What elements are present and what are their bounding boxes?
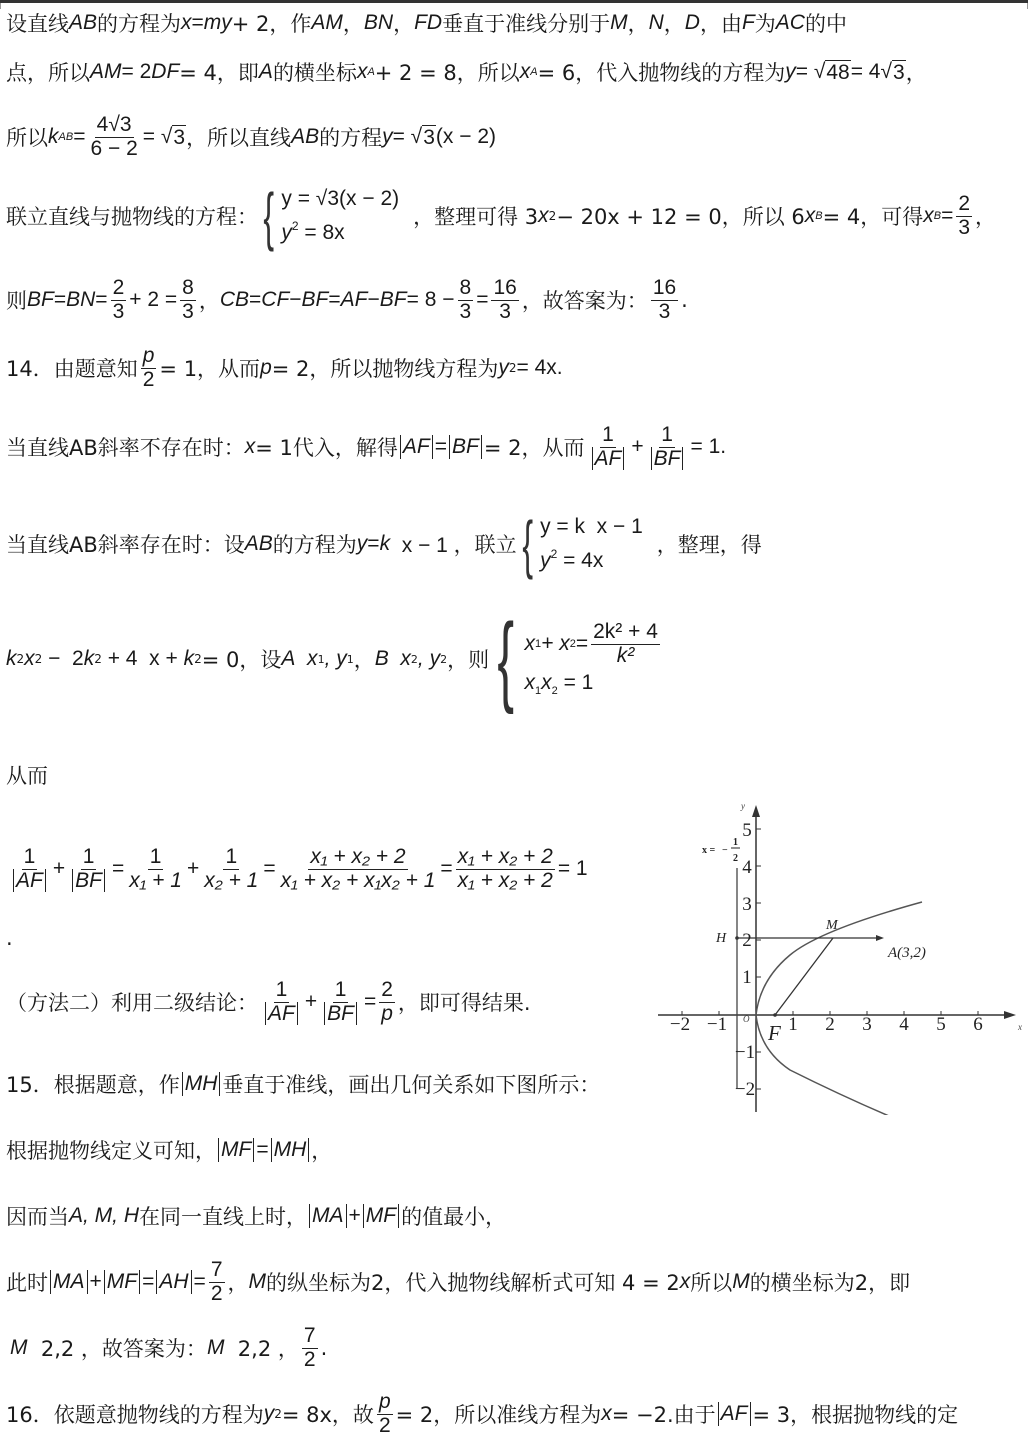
text-line-14-problem-15: 15．根据题意，作MH垂直于准线，画出几何关系如下图所示：: [6, 1068, 600, 1100]
math: x: [520, 60, 531, 84]
numerator: 16: [651, 277, 678, 300]
abs-value: BF: [72, 869, 105, 892]
answer-fraction: 163: [651, 277, 678, 322]
text: = 2，所以准线方程为: [396, 1399, 602, 1429]
text-line-5: 则 BF = BN = 23 + 2 = 83 ，CB = CF − BF = …: [6, 272, 688, 328]
left-brace: {: [522, 512, 533, 576]
equation-system: { y = √3(x − 2) y2 = 8x: [258, 184, 399, 248]
text: 的方程为: [273, 529, 357, 559]
text: ，由: [700, 8, 742, 38]
math: k: [84, 647, 95, 671]
text: = −2.由于: [612, 1399, 716, 1429]
page-corner-right: [1023, 3, 1028, 9]
superscript: 2: [17, 652, 25, 666]
text: 当直线AB斜率不存在时：: [6, 432, 245, 462]
fraction: 1AF: [261, 979, 302, 1024]
text: ，: [393, 8, 414, 38]
fraction: 1BF: [647, 424, 688, 469]
x-tick-label: 1: [788, 1014, 798, 1035]
superscript: 2: [94, 652, 102, 666]
fraction: 1x₂ + 1: [202, 846, 260, 891]
abs-value: MA: [50, 1270, 88, 1294]
fraction: x₁ + x₂ + 2x₁ + x₂ + x₁x₂ + 1: [279, 846, 438, 891]
math: =: [941, 204, 953, 228]
math: M: [610, 11, 628, 35]
fraction: 1BF: [320, 979, 361, 1024]
text: 2,2 ，故答案为：: [28, 1333, 207, 1363]
math: =: [263, 857, 275, 881]
subscript: AB: [59, 131, 74, 143]
math: x: [601, 1402, 612, 1426]
parabola-curve: [756, 902, 922, 1115]
math: k: [184, 647, 195, 671]
fraction: 72: [209, 1259, 225, 1304]
math: = 8 −: [407, 288, 455, 312]
text: = 2，所以抛物线方程为: [272, 353, 499, 383]
math: A, M, H: [69, 1204, 139, 1228]
abs-value: MH: [271, 1138, 310, 1162]
left-brace: {: [263, 184, 274, 248]
y-tick-label: 3: [742, 894, 752, 915]
math: =: [256, 1138, 268, 1162]
radicand: 3: [892, 60, 906, 85]
text: ，: [354, 644, 375, 674]
y-tick-label: 2: [742, 930, 752, 951]
text: = 6，代入抛物线的方程为: [538, 57, 786, 87]
text: ，: [311, 1135, 332, 1165]
fraction: 1AF: [9, 846, 50, 891]
text: ，: [343, 8, 364, 38]
numerator: 1: [274, 979, 290, 1002]
denominator: x₁ + x₂ + 2: [456, 870, 555, 892]
point-M-label: M: [825, 918, 839, 933]
math: +: [53, 857, 65, 881]
directrix-label: 1: [733, 837, 738, 848]
math: D: [685, 11, 700, 35]
text: .: [321, 1336, 328, 1360]
y-tick-label: −2: [735, 1079, 755, 1100]
fraction: 83: [180, 277, 196, 322]
math: = 4√: [851, 60, 892, 84]
text: ，: [628, 8, 649, 38]
math: M: [249, 1270, 267, 1294]
text: 的横坐标为2，即: [750, 1267, 910, 1297]
abs-value: AF: [400, 435, 433, 459]
math: + 4 x +: [102, 647, 184, 671]
fraction: 83: [458, 277, 474, 322]
math: F: [742, 11, 755, 35]
subscript: 1: [318, 653, 325, 666]
math: x: [357, 60, 368, 84]
point-F-marker: [773, 1013, 777, 1017]
text: 所以: [690, 1267, 732, 1297]
text: ，故答案为：: [522, 285, 648, 315]
math: =: [367, 532, 379, 556]
fraction: 1BF: [68, 846, 109, 891]
denominator: k²: [615, 645, 637, 667]
text-line-1: 设直线 AB 的方程为 x = my + 2，作 AM，BN，FD 垂直于准线分…: [6, 8, 847, 38]
x-tick-label: 6: [973, 1014, 983, 1035]
numerator: 8: [180, 277, 196, 300]
fraction: x₁ + x₂ + 2x₁ + x₂ + 2: [456, 846, 555, 891]
math: p: [260, 356, 272, 380]
radicand: 3: [422, 125, 436, 150]
text-line-9: k2x2 − 2k2 + 4 x + k2 = 0，设 A x1, y1 ，B …: [6, 604, 663, 714]
abs-value: BF: [449, 435, 482, 459]
math: x: [295, 647, 317, 671]
text: 点，所以: [6, 57, 90, 87]
fraction: 163: [491, 277, 518, 322]
equation-system: { y = k x − 1 y2 = 4x: [517, 512, 643, 576]
directrix-label: x =: [702, 845, 716, 856]
math: AB: [69, 11, 97, 35]
text: ，整理可得 3: [413, 201, 538, 231]
math: =: [95, 288, 107, 312]
radicand: 3: [172, 125, 186, 150]
arrow-icon: [876, 935, 884, 941]
math: y: [281, 221, 292, 244]
abs-value: BF: [324, 1002, 357, 1025]
math: k: [380, 532, 391, 556]
denominator: 2: [377, 1415, 393, 1437]
math: =: [112, 857, 124, 881]
math: =: [476, 288, 488, 312]
numerator: 1: [659, 424, 675, 447]
subscript: 2: [440, 653, 447, 666]
text: 根据抛物线定义可知，: [6, 1135, 216, 1165]
subscript: A: [367, 66, 374, 78]
math: −: [368, 288, 380, 312]
system-row: y2 = 8x: [281, 219, 399, 245]
text-line-16: 因而当 A, M, H 在同一直线上时，MA + MF的值最小，: [6, 1200, 506, 1232]
denominator: x₁ + 1: [127, 870, 184, 892]
denominator: x₂ + 1: [202, 870, 260, 892]
text: 的值最小，: [401, 1201, 506, 1231]
x-axis-label: x: [1017, 1022, 1022, 1032]
text-line-10: 从而: [6, 760, 48, 790]
text-line-13: （方法二）利用二级结论： 1AF + 1BF = 2p ，即可得结果.: [6, 970, 531, 1034]
text: .: [681, 288, 688, 312]
math: +: [187, 857, 199, 881]
denominator: 2: [141, 369, 157, 391]
y-tick-label: 1: [742, 967, 752, 988]
denominator: 3: [111, 301, 127, 323]
text: = 2，从而: [484, 432, 585, 462]
system-row: y = k x − 1: [540, 515, 643, 539]
math: = 1: [558, 857, 588, 881]
text: 的横坐标: [273, 57, 357, 87]
math: AF: [341, 288, 368, 312]
math: = 8x: [299, 221, 345, 244]
text: = 4，可得: [823, 201, 924, 231]
text: .: [6, 926, 13, 950]
x-tick-label: −2: [670, 1014, 690, 1035]
text-line-8: 当直线AB斜率存在时：设 AB 的方程为 y = k x − 1 ，联立 { y…: [6, 508, 762, 580]
text: 2,2 ，: [224, 1333, 298, 1363]
math: y: [540, 549, 551, 572]
abs-value: MA: [309, 1204, 347, 1228]
superscript: 2: [509, 361, 517, 375]
text: − 20x + 12 = 0，所以 6: [556, 201, 804, 231]
denominator: 3: [497, 301, 513, 323]
x-tick-label: 3: [862, 1014, 872, 1035]
fraction: 23: [956, 193, 972, 238]
math: = √: [796, 60, 826, 84]
abs-value: AF: [13, 869, 46, 892]
text-line-7: 当直线AB斜率不存在时：x = 1代入，解得AF = BF = 2，从而 1AF…: [6, 416, 726, 478]
math: M: [10, 1336, 28, 1360]
fraction: p2: [377, 1391, 393, 1436]
text: = 8x，故: [282, 1399, 374, 1429]
math: AC: [776, 11, 805, 35]
directrix-label: 2: [733, 853, 738, 864]
subscript: 2: [411, 653, 418, 666]
abs-value: AF: [592, 447, 625, 470]
numerator: 1: [22, 846, 38, 869]
math: y: [785, 60, 796, 84]
numerator: 1: [333, 979, 349, 1002]
math: =: [328, 288, 340, 312]
math: x: [181, 11, 192, 35]
math: = 4x: [557, 549, 603, 572]
abs-value: MF: [218, 1138, 254, 1162]
numerator: 2k² + 4: [591, 621, 660, 644]
numerator: 1: [81, 846, 97, 869]
text: 垂直于准线分别于: [442, 8, 610, 38]
math: =: [435, 435, 447, 459]
system-row: x1x2 = 1: [525, 671, 663, 697]
denominator: 3: [657, 301, 673, 323]
math: M: [207, 1336, 225, 1360]
text: 当直线AB斜率存在时：设: [6, 529, 245, 559]
numerator: 8: [458, 277, 474, 300]
math: y: [357, 532, 368, 556]
math: = √: [393, 125, 423, 149]
left-brace: {: [497, 609, 514, 709]
math: =: [73, 125, 85, 149]
fraction: 23: [111, 277, 127, 322]
text: 的方程: [319, 122, 382, 152]
math: k: [48, 125, 59, 149]
numerator: 2: [379, 979, 395, 1002]
abs-value: MF: [104, 1270, 140, 1294]
math: , y: [325, 647, 347, 671]
x-axis-arrow-icon: [1004, 1011, 1016, 1019]
text: ，整理，得: [657, 529, 762, 559]
math: A: [281, 647, 295, 671]
text-line-19-problem-16: 16．依题意抛物线的方程为 y2 = 8x，故 p2 = 2，所以准线方程为 x…: [6, 1386, 958, 1442]
denominator: 2: [209, 1283, 225, 1305]
math: x: [245, 435, 256, 459]
subscript: B: [815, 210, 822, 222]
math: +: [349, 1204, 361, 1228]
text: = 4，即: [179, 57, 259, 87]
math: k: [6, 647, 17, 671]
numerator: 16: [491, 277, 518, 300]
math: x: [541, 671, 552, 694]
point-A-label: A(3,2): [887, 945, 926, 961]
math: = √: [143, 125, 173, 149]
abs-value: AH: [156, 1270, 191, 1294]
abs-value: MH: [182, 1072, 221, 1096]
fraction: 1AF: [588, 424, 629, 469]
point-F-label: F: [767, 1021, 781, 1045]
text: 联立直线与抛物线的方程：: [6, 201, 258, 231]
numerator: 7: [209, 1259, 225, 1282]
math: , y: [418, 647, 440, 671]
text: ，则: [447, 644, 489, 674]
text: 垂直于准线，画出几何关系如下图所示：: [222, 1069, 600, 1099]
math: x: [680, 1270, 691, 1294]
text: 的方程为: [97, 8, 181, 38]
point-H-marker: [735, 936, 739, 940]
y-axis-label: y: [740, 801, 745, 811]
radicand: 48: [825, 60, 850, 85]
numerator: 7: [302, 1325, 318, 1348]
math: =: [192, 11, 204, 35]
text: ，即可得结果.: [398, 987, 531, 1017]
text-line-4: 联立直线与抛物线的方程： { y = √3(x − 2) y2 = 8x ，整理…: [6, 180, 996, 252]
math: x: [389, 647, 411, 671]
abs-value: MF: [363, 1204, 399, 1228]
math: y: [264, 1402, 275, 1426]
text: ，: [664, 8, 685, 38]
math: x: [525, 632, 536, 656]
math: x: [538, 204, 549, 228]
text: ，: [975, 201, 996, 231]
text-line-17: 此时MA + MF = AH = 72 ，M 的纵坐标为2，代入抛物线解析式可知…: [6, 1254, 910, 1310]
x-tick-label: −1: [707, 1014, 727, 1035]
math: CF: [261, 288, 289, 312]
math: + x: [541, 632, 570, 656]
text: 14．由题意知: [6, 353, 138, 383]
math: B: [375, 647, 389, 671]
y-axis-arrow-icon: [752, 805, 760, 817]
text: = 0，设: [202, 644, 282, 674]
text: 为: [755, 8, 776, 38]
text: = 1代入，解得: [255, 432, 398, 462]
math: +: [631, 435, 643, 459]
math: AM: [90, 60, 122, 84]
x-tick-label: 4: [899, 1014, 909, 1035]
system-row: y2 = 4x: [540, 547, 643, 573]
text: （方法二）利用二级结论：: [6, 987, 258, 1017]
text-line-2: 点，所以 AM = 2DF = 4，即 A 的横坐标 xA + 2 = 8，所以…: [6, 56, 927, 88]
text: + 2，作: [232, 8, 312, 38]
numerator: p: [141, 345, 157, 368]
system-row: x1 + x2 = 2k² + 4k²: [525, 621, 663, 666]
numerator: 2: [956, 193, 972, 216]
superscript: 2: [549, 209, 557, 223]
denominator: 3: [956, 217, 972, 239]
text: 的中: [805, 8, 847, 38]
y-tick-label: 5: [742, 820, 752, 841]
numerator: 1: [600, 424, 616, 447]
equation-system: { x1 + x2 = 2k² + 4k² x1x2 = 1: [489, 609, 663, 709]
math: y: [498, 356, 509, 380]
math: =: [576, 632, 588, 656]
x-tick-label: 2: [825, 1014, 835, 1035]
numerator: x₁ + x₂ + 2: [456, 846, 555, 869]
numerator: 1: [148, 846, 164, 869]
denominator: 3: [458, 301, 474, 323]
text: 16．依题意抛物线的方程为: [6, 1399, 264, 1429]
origin-label: O: [743, 1014, 750, 1024]
text: + 2 = 8，所以: [375, 57, 520, 87]
math: = 1.: [690, 435, 726, 459]
text: 因而当: [6, 1201, 69, 1231]
math: M: [732, 1270, 750, 1294]
math: BF: [302, 288, 329, 312]
text: 此时: [6, 1267, 48, 1297]
fraction: 2k² + 4k²: [591, 621, 660, 666]
text: 则: [6, 285, 27, 315]
math: x: [923, 204, 934, 228]
math: BN: [364, 11, 393, 35]
denominator: 2: [302, 1349, 318, 1371]
math: +: [305, 990, 317, 1014]
y-tick-label: −1: [735, 1042, 755, 1063]
x-tick-label: 5: [936, 1014, 946, 1035]
denominator: p: [379, 1003, 395, 1025]
superscript: 2: [274, 1407, 282, 1421]
math: − 2: [42, 647, 83, 671]
math: =: [54, 288, 66, 312]
superscript: 2: [35, 652, 43, 666]
math: BF: [27, 288, 54, 312]
math: =: [142, 1270, 154, 1294]
text: 设直线: [6, 8, 69, 38]
text: ，: [199, 285, 220, 315]
answer-fraction: 72: [302, 1325, 318, 1370]
text: 在同一直线上时，: [139, 1201, 307, 1231]
text: = 3，根据抛物线的定: [753, 1399, 959, 1429]
text: 从而: [6, 760, 48, 790]
math: x: [525, 671, 536, 694]
denominator: 3: [180, 301, 196, 323]
numerator: 4√3: [95, 114, 134, 137]
point-H-label: H: [715, 931, 727, 946]
math: =: [194, 1270, 206, 1294]
text: 15．根据题意，作: [6, 1069, 180, 1099]
math: =: [249, 288, 261, 312]
fraction: p2: [141, 345, 157, 390]
numerator: 2: [111, 277, 127, 300]
math: = 4x.: [517, 356, 563, 380]
math: DF: [151, 60, 179, 84]
text: 的纵坐标为2，代入抛物线解析式可知 4 = 2: [266, 1267, 680, 1297]
math: N: [649, 11, 664, 35]
text-line-18: M 2,2 ，故答案为：M 2,2 ， 72 .: [6, 1320, 327, 1376]
subscript: B: [934, 210, 941, 222]
subscript: A: [530, 66, 537, 78]
numerator: 1: [223, 846, 239, 869]
math: (x − 2): [436, 125, 496, 149]
superscript: 2: [194, 652, 202, 666]
math: BN: [66, 288, 95, 312]
abs-value: BF: [651, 447, 684, 470]
math: AB: [245, 532, 273, 556]
abs-value: AF: [718, 1402, 751, 1426]
denominator: 6 − 2: [88, 138, 139, 160]
denominator: x₁ + x₂ + x₁x₂ + 1: [279, 870, 438, 892]
math: =: [440, 857, 452, 881]
math: =: [364, 990, 376, 1014]
text-line-12: .: [6, 928, 13, 948]
text-line-11-equation: 1AF + 1BF = 1x₁ + 1 + 1x₂ + 1 = x₁ + x₂ …: [6, 836, 588, 902]
top-border: [0, 0, 1028, 3]
text-line-15: 根据抛物线定义可知，MF = MH，: [6, 1134, 332, 1166]
